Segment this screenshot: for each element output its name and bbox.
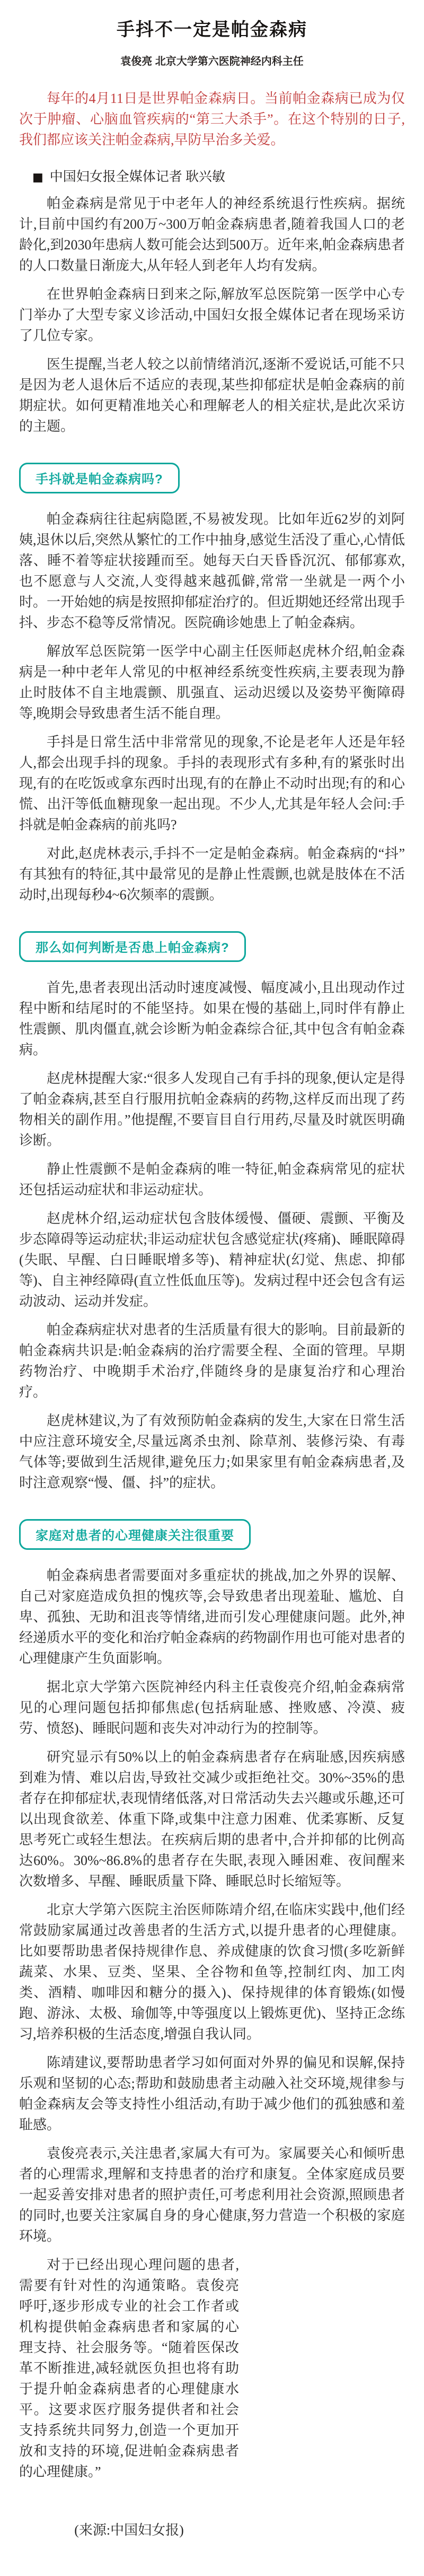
section-heading-pill: 手抖就是帕金森病吗? xyxy=(19,463,180,493)
paragraph: 研究显示有50%以上的帕金森病患者存在病耻感,因疾病感到难为情、难以启齿,导致社… xyxy=(19,1747,405,1892)
paragraph: 首先,患者表现出活动时速度减慢、幅度减小,且出现动作过程中断和结尾时的不能坚持。… xyxy=(19,977,405,1060)
section-how-to-diagnose: 那么如何判断是否患上帕金森病? 首先,患者表现出活动时速度减慢、幅度减小,且出现… xyxy=(19,913,405,1493)
section-heading-label: 那么如何判断是否患上帕金森病? xyxy=(36,941,229,955)
section-family-mental-health: 家庭对患者的心理健康关注很重要 帕金森病患者需要面对多重症状的挑战,加之外界的误… xyxy=(19,1501,405,2539)
article-title: 手抖不一定是帕金森病 xyxy=(19,15,405,41)
paragraph: 手抖是日常生活中非常常见的现象,不论是老年人还是年轻人,都会出现手抖的现象。手抖… xyxy=(19,732,405,835)
paragraph: 赵虎林介绍,运动症状包含肢体缓慢、僵硬、震颤、平衡及步态障碍等运动症状;非运动症… xyxy=(19,1208,405,1312)
article-page: 手抖不一定是帕金森病 袁俊亮 北京大学第六医院神经内科主任 每年的4月11日是世… xyxy=(0,0,424,2576)
paragraph: 袁俊亮表示,关注患者,家属大有可为。家属要关心和倾听患者的心理需求,理解和支持患… xyxy=(19,2143,405,2247)
source-line: (来源:中国妇女报) xyxy=(19,2519,239,2539)
section-heading-pill: 家庭对患者的心理健康关注很重要 xyxy=(19,1519,251,1550)
section-heading-label: 手抖就是帕金森病吗? xyxy=(36,472,163,487)
paragraph: 静止性震颤不是帕金森病的唯一特征,帕金森病常见的症状还包括运动症状和非运动症状。 xyxy=(19,1159,405,1200)
article-subtitle: 袁俊亮 北京大学第六医院神经内科主任 xyxy=(19,53,405,68)
paragraph: 赵虎林提醒大家:“很多人发现自己有手抖的现象,便认定是得了帕金森病,甚至自行服用… xyxy=(19,1068,405,1151)
lead-paragraph: 帕金森病是常见于中老年人的神经系统退行性疾病。据统计,目前中国约有200万~30… xyxy=(19,193,405,276)
section-is-tremor-parkinsons: 手抖就是帕金森病吗? 帕金森病往往起病隐匿,不易被发现。比如年近62岁的刘阿姨,… xyxy=(19,445,405,905)
narrow-column: 对于已经出现心理问题的患者,需要有针对性的沟通策略。袁俊亮呼吁,逐步形成专业的社… xyxy=(19,2254,239,2539)
intro-paragraph: 每年的4月11日是世界帕金森病日。当前帕金森病已成为仅次于肿瘤、心脑血管疾病的“… xyxy=(19,88,405,150)
paragraph: 解放军总医院第一医学中心副主任医师赵虎林介绍,帕金森病是一种中老年人常见的中枢神… xyxy=(19,641,405,724)
paragraph: 赵虎林建议,为了有效预防帕金森病的发生,大家在日常生活中应注意环境安全,尽量远离… xyxy=(19,1410,405,1493)
lead-paragraph: 医生提醒,当老人较之以前情绪消沉,逐渐不爱说话,可能不只是因为老人退休后不适应的… xyxy=(19,354,405,437)
byline-square-icon: ■ xyxy=(32,171,43,184)
paragraph: 帕金森病患者需要面对多重症状的挑战,加之外界的误解、自己对家庭造成负担的愧疚等,… xyxy=(19,1565,405,1669)
paragraph: 对此,赵虎林表示,手抖不一定是帕金森病。帕金森病的“抖”有其独有的特征,其中最常… xyxy=(19,843,405,905)
lead-paragraph: 在世界帕金森病日到来之际,解放军总医院第一医学中心专门举办了大型专家义诊活动,中… xyxy=(19,284,405,346)
paragraph: 据北京大学第六医院神经内科主任袁俊亮介绍,帕金森病常见的心理问题包括抑郁焦虑(包… xyxy=(19,1677,405,1739)
byline-text: 中国妇女报全媒体记者 耿兴敏 xyxy=(50,170,225,184)
paragraph: 陈靖建议,要帮助患者学习如何面对外界的偏见和误解,保持乐观和坚韧的心态;帮助和鼓… xyxy=(19,2052,405,2135)
section-heading-label: 家庭对患者的心理健康关注很重要 xyxy=(36,1529,234,1543)
byline: ■中国妇女报全媒体记者 耿兴敏 xyxy=(19,166,405,185)
paragraph: 北京大学第六医院主治医师陈靖介绍,在临床实践中,他们经常鼓励家属通过改善患者的生… xyxy=(19,1900,405,2044)
section-heading-pill: 那么如何判断是否患上帕金森病? xyxy=(19,931,246,962)
paragraph: 帕金森病往往起病隐匿,不易被发现。比如年近62岁的刘阿姨,退休以后,突然从繁忙的… xyxy=(19,509,405,633)
paragraph: 帕金森病症状对患者的生活质量有很大的影响。目前最新的帕金森病共识是:帕金森病的治… xyxy=(19,1320,405,1402)
narrow-paragraph: 对于已经出现心理问题的患者,需要有针对性的沟通策略。袁俊亮呼吁,逐步形成专业的社… xyxy=(19,2254,239,2482)
